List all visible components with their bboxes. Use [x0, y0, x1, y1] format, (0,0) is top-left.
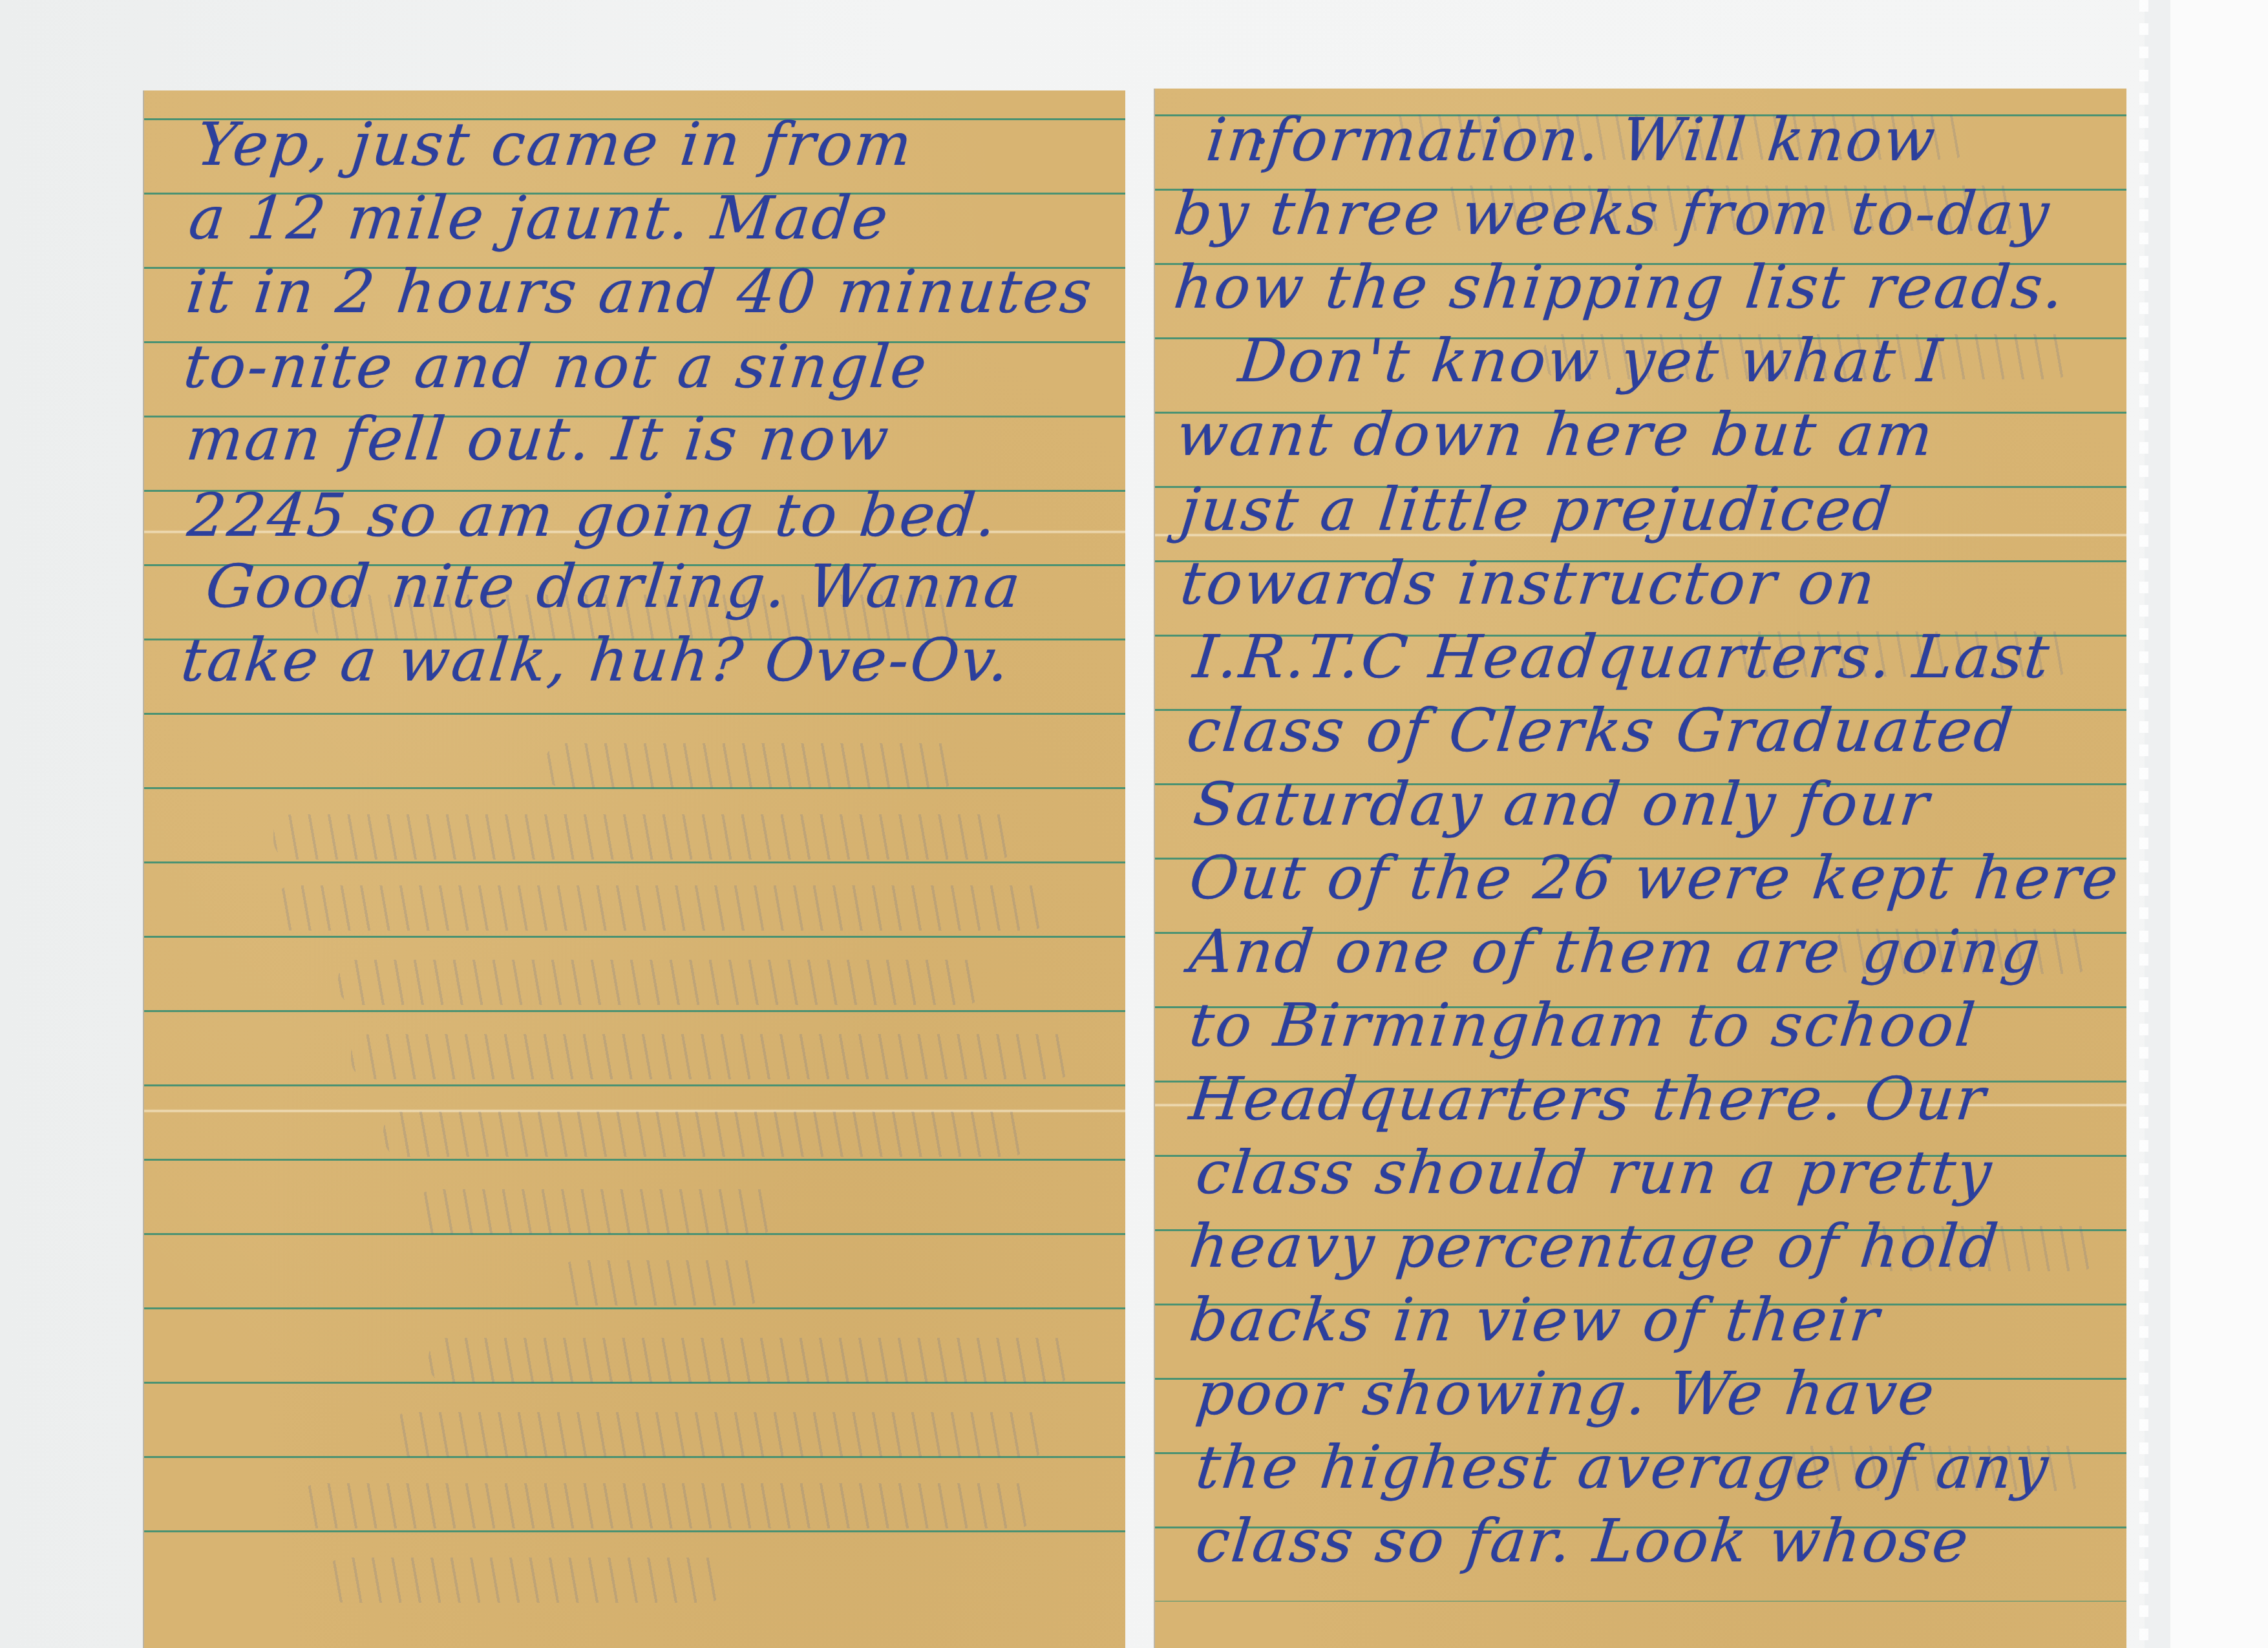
handwritten-line: to Birmingham to school: [1187, 996, 1979, 1055]
handwritten-line: 2245 so am going to bed.: [185, 486, 1001, 545]
handwritten-line: by three weeks from to-day: [1171, 184, 2053, 244]
handwritten-line: class should run a pretty: [1193, 1143, 1996, 1203]
handwritten-line: backs in view of their: [1187, 1291, 1883, 1350]
handwritten-line: towards instructor on: [1178, 554, 1880, 613]
sleeve-stitching: [2139, 0, 2148, 1648]
handwritten-line: Saturday and only four: [1191, 775, 1933, 834]
handwritten-line: I.R.T.C Headquarters. Last: [1191, 628, 2053, 687]
handwritten-line: And one of them are going: [1187, 922, 2044, 982]
handwritten-line: class so far. Look whose: [1193, 1512, 1973, 1571]
handwritten-line: information. Will know: [1203, 111, 1940, 170]
scanner-bed-margin: [2170, 0, 2268, 1648]
handwritten-line: to-nite and not a single: [181, 337, 931, 397]
handwritten-line: man fell out. It is now: [184, 410, 893, 469]
handwritten-line: class of Clerks Graduated: [1184, 701, 2017, 761]
handwritten-line: how the shipping list reads.: [1171, 258, 2068, 317]
handwritten-line: it in 2 hours and 40 minutes: [184, 262, 1096, 322]
fold-crease: [144, 1109, 1125, 1113]
handwritten-line: want down here but am: [1174, 405, 1937, 465]
handwritten-line: Headquarters there. Our: [1187, 1070, 1989, 1129]
handwritten-line: Yep, just came in from: [194, 115, 916, 174]
handwritten-line: heavy percentage of hold: [1187, 1217, 2002, 1276]
letter-page-left: Yep, just came in from a 12 mile jaunt. …: [144, 90, 1125, 1648]
handwritten-line: the highest average of any: [1193, 1438, 2053, 1497]
handwritten-line: take a walk, huh? Ove-Ov.: [178, 631, 1013, 690]
handwritten-line: Don't know yet what I: [1236, 332, 1946, 391]
handwritten-line: just a little prejudiced: [1178, 480, 1896, 540]
letter-page-right: information. Will know by three weeks fr…: [1155, 89, 2126, 1648]
plastic-sleeve-edge: [2145, 0, 2172, 1648]
handwritten-line: a 12 mile jaunt. Made: [186, 189, 893, 248]
handwritten-line: Good nite darling. Wanna: [203, 557, 1024, 617]
handwritten-line: poor showing. We have: [1193, 1364, 1938, 1424]
handwritten-line: Out of the 26 were kept here: [1187, 849, 2123, 908]
